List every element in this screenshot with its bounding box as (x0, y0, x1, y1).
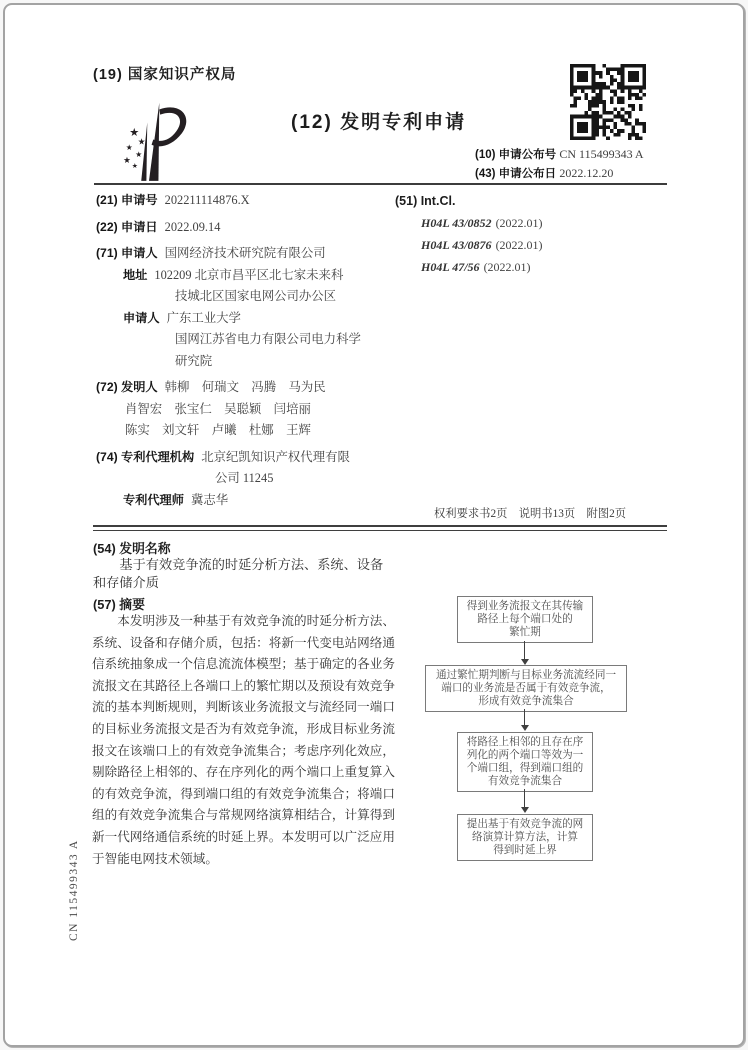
ipc-version: (2022.01) (496, 238, 543, 252)
ipc-version: (2022.01) (484, 260, 531, 274)
field-value: 研究院 (175, 354, 212, 368)
field-label: (22) 申请日 (96, 220, 158, 234)
svg-text:★: ★ (132, 162, 138, 170)
field-value: 广东工业大学 (167, 311, 241, 325)
cnipa-logo-icon: ★ ★ ★ ★ ★ ★ (109, 100, 201, 186)
agency-row: (74) 专利代理机构北京纪凯知识产权代理有限 (96, 447, 396, 469)
qr-code-icon (570, 64, 646, 140)
invention-title-label: (54) 发明名称 (93, 538, 171, 557)
side-publication-number: CN 115499343 A (68, 839, 80, 941)
field-value: 国网江苏省电力有限公司电力科学 (175, 332, 361, 346)
field-label: (72) 发明人 (96, 380, 158, 394)
co-applicant-continuation: 国网江苏省电力有限公司电力科学 (96, 329, 396, 351)
arrow-down-icon (521, 807, 529, 813)
arrow-down-icon (521, 725, 529, 731)
field-label: (74) 专利代理机构 (96, 450, 194, 464)
svg-text:★: ★ (126, 143, 133, 152)
publication-date-label: (43) 申请公布日 (475, 168, 556, 180)
ipc-entry: H04L 43/0876(2022.01) (395, 234, 665, 256)
inventors-continuation: 肖智宏 张宝仁 吴聪颖 闫培丽 (96, 399, 396, 421)
document-page-counts: 权利要求书2页 说明书13页 附图2页 (393, 505, 667, 521)
application-number-row: (21) 申请号202211114876.X (96, 190, 396, 212)
applicant-row: (71) 申请人国网经济技术研究院有限公司 (96, 243, 396, 265)
field-value: 韩柳 何瑞文 冯腾 马为民 (165, 380, 326, 394)
ipc-version: (2022.01) (496, 216, 543, 230)
filing-date-row: (22) 申请日2022.09.14 (96, 217, 396, 239)
field-value: 2022.09.14 (165, 220, 221, 234)
address-continuation: 技城北区国家电网公司办公区 (96, 286, 396, 308)
flowchart-step-4: 提出基于有效竞争流的网 络演算计算方法，计算 得到时延上界 (457, 814, 593, 861)
abstract-text: 本发明涉及一种基于有效竞争流的时延分析方法、系统、设备和存储介质，包括：将新一代… (92, 611, 395, 870)
flowchart-connector (524, 641, 525, 660)
field-value: 冀志华 (191, 493, 228, 507)
field-label: 申请人 (123, 311, 160, 325)
inventors-row: (72) 发明人韩柳 何瑞文 冯腾 马为民 (96, 377, 396, 399)
field-label: 地址 (123, 268, 147, 282)
publication-number-value: CN 115499343 A (559, 147, 643, 161)
publication-date-value: 2022.12.20 (559, 166, 613, 180)
ipc-code: H04L 43/0876 (421, 238, 492, 252)
patent-office-name: (19) 国家知识产权局 (93, 63, 236, 84)
co-applicant-row: 申请人广东工业大学 (96, 308, 396, 330)
ipc-entry: H04L 47/56(2022.01) (395, 256, 665, 278)
publication-number-line: (10) 申请公布号 CN 115499343 A (475, 146, 644, 162)
field-value: 北京纪凯知识产权代理有限 (201, 450, 350, 464)
publication-date-line: (43) 申请公布日 2022.12.20 (475, 165, 613, 181)
flowchart-step-2: 通过繁忙期判断与目标业务流流经同一 端口的业务流是否属于有效竞争流， 形成有效竞… (425, 665, 627, 712)
svg-text:★: ★ (135, 150, 142, 159)
ipc-label: (51) Int.Cl. (395, 190, 665, 212)
field-value: 102209 北京市昌平区北七家未来科 (154, 268, 343, 282)
bibliographic-left-column: (21) 申请号202211114876.X (22) 申请日2022.09.1… (96, 190, 396, 511)
field-value: 202211114876.X (165, 193, 250, 207)
address-row: 地址102209 北京市昌平区北七家未来科 (96, 265, 396, 287)
ipc-code: H04L 43/0852 (421, 216, 492, 230)
invention-title: 基于有效竞争流的时延分析方法、系统、设备和存储介质 (93, 556, 393, 592)
ipc-entry: H04L 43/0852(2022.01) (395, 212, 665, 234)
flowchart-step-1: 得到业务流报文在其传输 路径上每个端口处的 繁忙期 (457, 596, 593, 643)
field-value: 公司 11245 (215, 471, 273, 485)
svg-text:★: ★ (138, 138, 146, 148)
section-double-divider (93, 525, 667, 531)
field-label: (71) 申请人 (96, 246, 158, 260)
field-value: 陈实 刘文轩 卢曦 杜娜 王辉 (125, 423, 311, 437)
flowchart-step-3: 将路径上相邻的且存在序 列化的两个端口等效为一 个端口组，得到端口组的 有效竞争… (457, 732, 593, 792)
inventors-continuation: 陈实 刘文轩 卢曦 杜娜 王辉 (96, 420, 396, 442)
publication-number-label: (10) 申请公布号 (475, 149, 556, 161)
field-label: 专利代理师 (123, 493, 184, 507)
svg-text:★: ★ (123, 156, 131, 166)
flowchart-connector (524, 789, 525, 808)
agency-continuation: 公司 11245 (96, 468, 396, 490)
ipc-code: H04L 47/56 (421, 260, 480, 274)
patent-front-page: (19) 国家知识产权局 ★ ★ ★ ★ ★ ★ (12) 发明专利申请 ( (3, 3, 745, 1047)
agent-row: 专利代理师冀志华 (96, 490, 396, 512)
field-value: 肖智宏 张宝仁 吴聪颖 闫培丽 (125, 402, 311, 416)
flowchart-connector (524, 709, 525, 726)
field-value: 国网经济技术研究院有限公司 (165, 246, 326, 260)
header-divider (94, 183, 667, 185)
co-applicant-continuation: 研究院 (96, 351, 396, 373)
ipc-classification-column: (51) Int.Cl. H04L 43/0852(2022.01) H04L … (395, 190, 665, 278)
field-label: (21) 申请号 (96, 193, 158, 207)
field-value: 技城北区国家电网公司办公区 (175, 289, 336, 303)
document-type-title: (12) 发明专利申请 (291, 107, 466, 134)
